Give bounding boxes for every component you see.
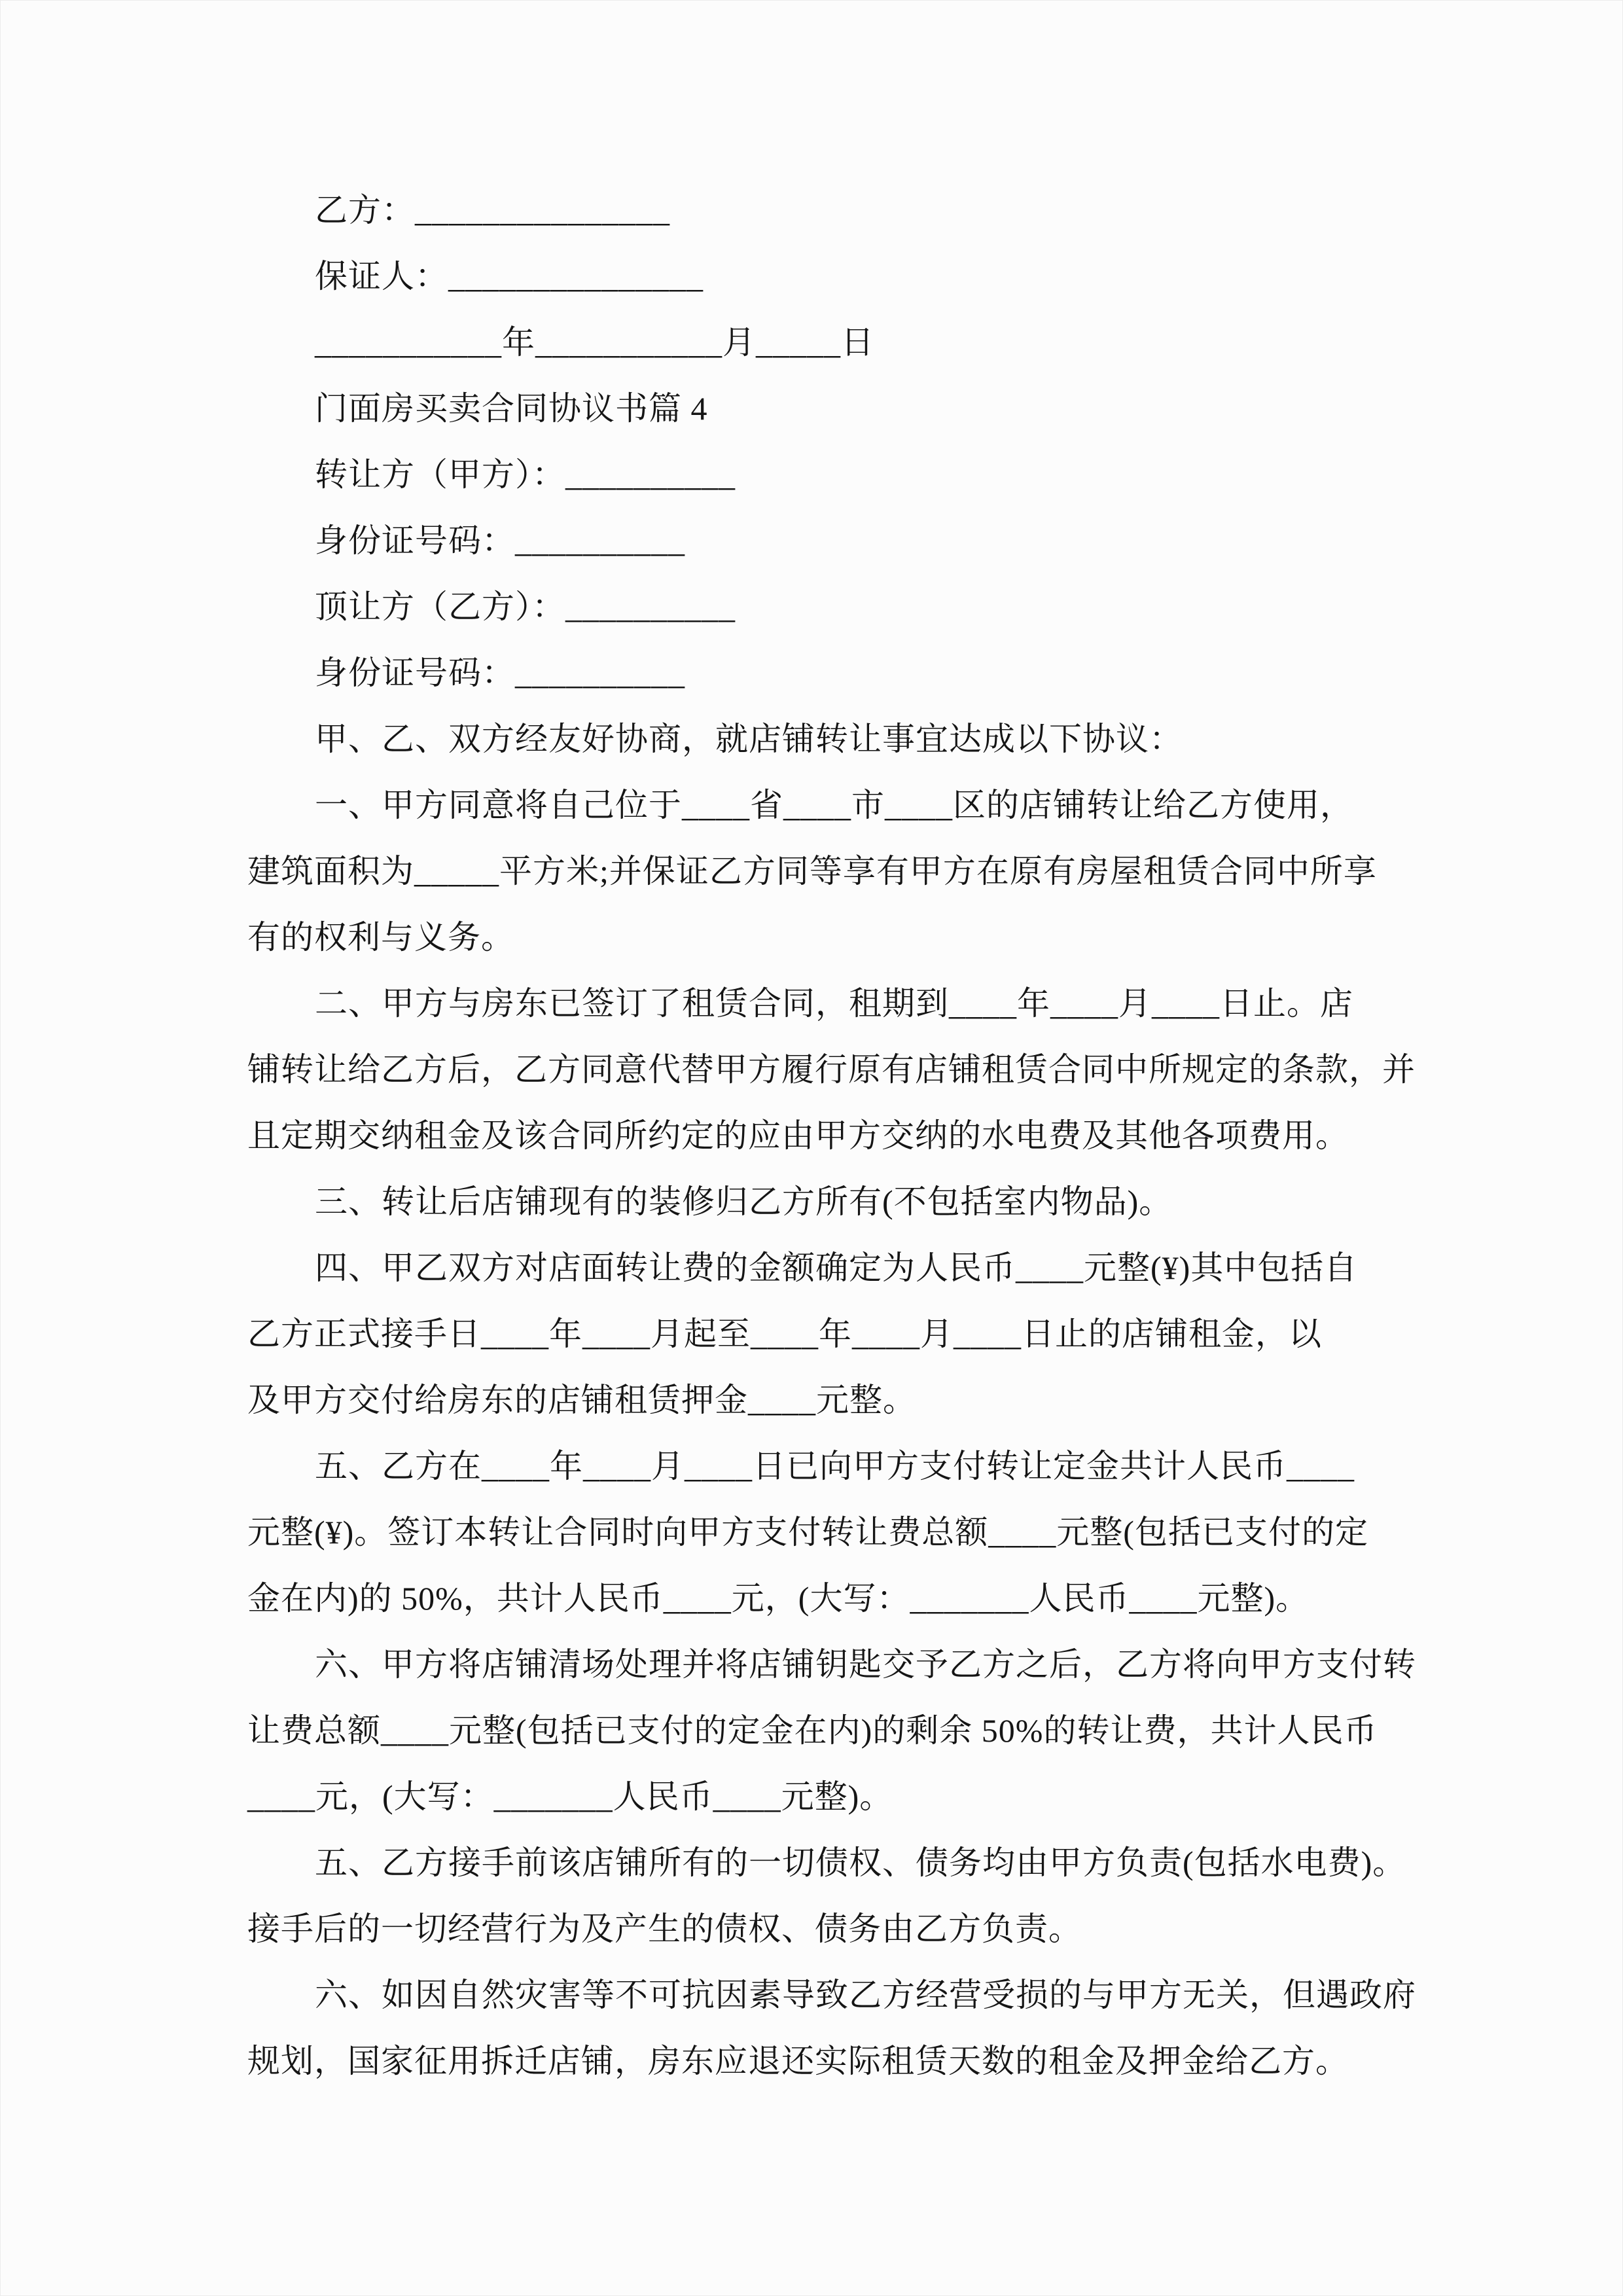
clause-1-line-2: 建筑面积为_____平方米;并保证乙方同等享有甲方在原有房屋租赁合同中所享	[247, 838, 1399, 905]
clause-3-line-1: 三、转让后店铺现有的装修归乙方所有(不包括室内物品)。	[247, 1169, 1399, 1235]
contract-text-block: 乙方：_______________ 保证人：_______________ _…	[247, 177, 1399, 2094]
clause-2-line-3: 且定期交纳租金及该合同所约定的应由甲方交纳的水电费及其他各项费用。	[247, 1103, 1399, 1169]
clause-5-line-2: 元整(¥)。签订本转让合同时向甲方支付转让费总额____元整(包括已支付的定	[247, 1499, 1399, 1566]
clause-2-line-1: 二、甲方与房东已签订了租赁合同，租期到____年____月____日止。店	[247, 971, 1399, 1037]
document-page: 乙方：_______________ 保证人：_______________ _…	[0, 0, 1623, 2296]
transferee-party-b-line: 顶让方（乙方）：__________	[247, 574, 1399, 640]
clause-6-line-3: ____元，(大写：_______人民币____元整)。	[247, 1764, 1399, 1830]
transferor-party-a-line: 转让方（甲方）：__________	[247, 442, 1399, 508]
clause-6-line-1: 六、甲方将店铺清场处理并将店铺钥匙交予乙方之后，乙方将向甲方支付转	[247, 1632, 1399, 1698]
clause-6-line-2: 让费总额____元整(包括已支付的定金在内)的剩余 50%的转让费，共计人民币	[247, 1698, 1399, 1764]
clause-2-line-2: 铺转让给乙方后，乙方同意代替甲方履行原有店铺租赁合同中所规定的条款，并	[247, 1037, 1399, 1103]
party-a-id-number-line: 身份证号码：__________	[247, 508, 1399, 574]
date-signature-line: ___________年___________月_____日	[247, 310, 1399, 376]
clause-1-line-1: 一、甲方同意将自己位于____省____市____区的店铺转让给乙方使用，	[247, 772, 1399, 838]
clause-7-line-2: 接手后的一切经营行为及产生的债权、债务由乙方负责。	[247, 1896, 1399, 1962]
clause-4-line-3: 及甲方交付给房东的店铺租赁押金____元整。	[247, 1367, 1399, 1433]
clause-1-line-3: 有的权利与义务。	[247, 905, 1399, 971]
clause-7-line-1: 五、乙方接手前该店铺所有的一切债权、债务均由甲方负责(包括水电费)。	[247, 1830, 1399, 1896]
party-b-id-number-line: 身份证号码：__________	[247, 640, 1399, 706]
clause-8-line-1: 六、如因自然灾害等不可抗因素导致乙方经营受损的与甲方无关，但遇政府	[247, 1962, 1399, 2028]
section-title-line: 门面房买卖合同协议书篇 4	[247, 376, 1399, 442]
clause-8-line-2: 规划，国家征用拆迁店铺，房东应退还实际租赁天数的租金及押金给乙方。	[247, 2028, 1399, 2094]
clause-4-line-1: 四、甲乙双方对店面转让费的金额确定为人民币____元整(¥)其中包括自	[247, 1235, 1399, 1301]
clause-5-line-1: 五、乙方在____年____月____日已向甲方支付转让定金共计人民币____	[247, 1433, 1399, 1499]
preamble-line: 甲、乙、双方经友好协商，就店铺转让事宜达成以下协议：	[247, 706, 1399, 772]
party-b-signature-line: 乙方：_______________	[247, 177, 1399, 243]
clause-5-line-3: 金在内)的 50%，共计人民币____元，(大写：_______人民币____元…	[247, 1566, 1399, 1632]
clause-4-line-2: 乙方正式接手日____年____月起至____年____月____日止的店铺租金…	[247, 1301, 1399, 1367]
guarantor-signature-line: 保证人：_______________	[247, 243, 1399, 310]
